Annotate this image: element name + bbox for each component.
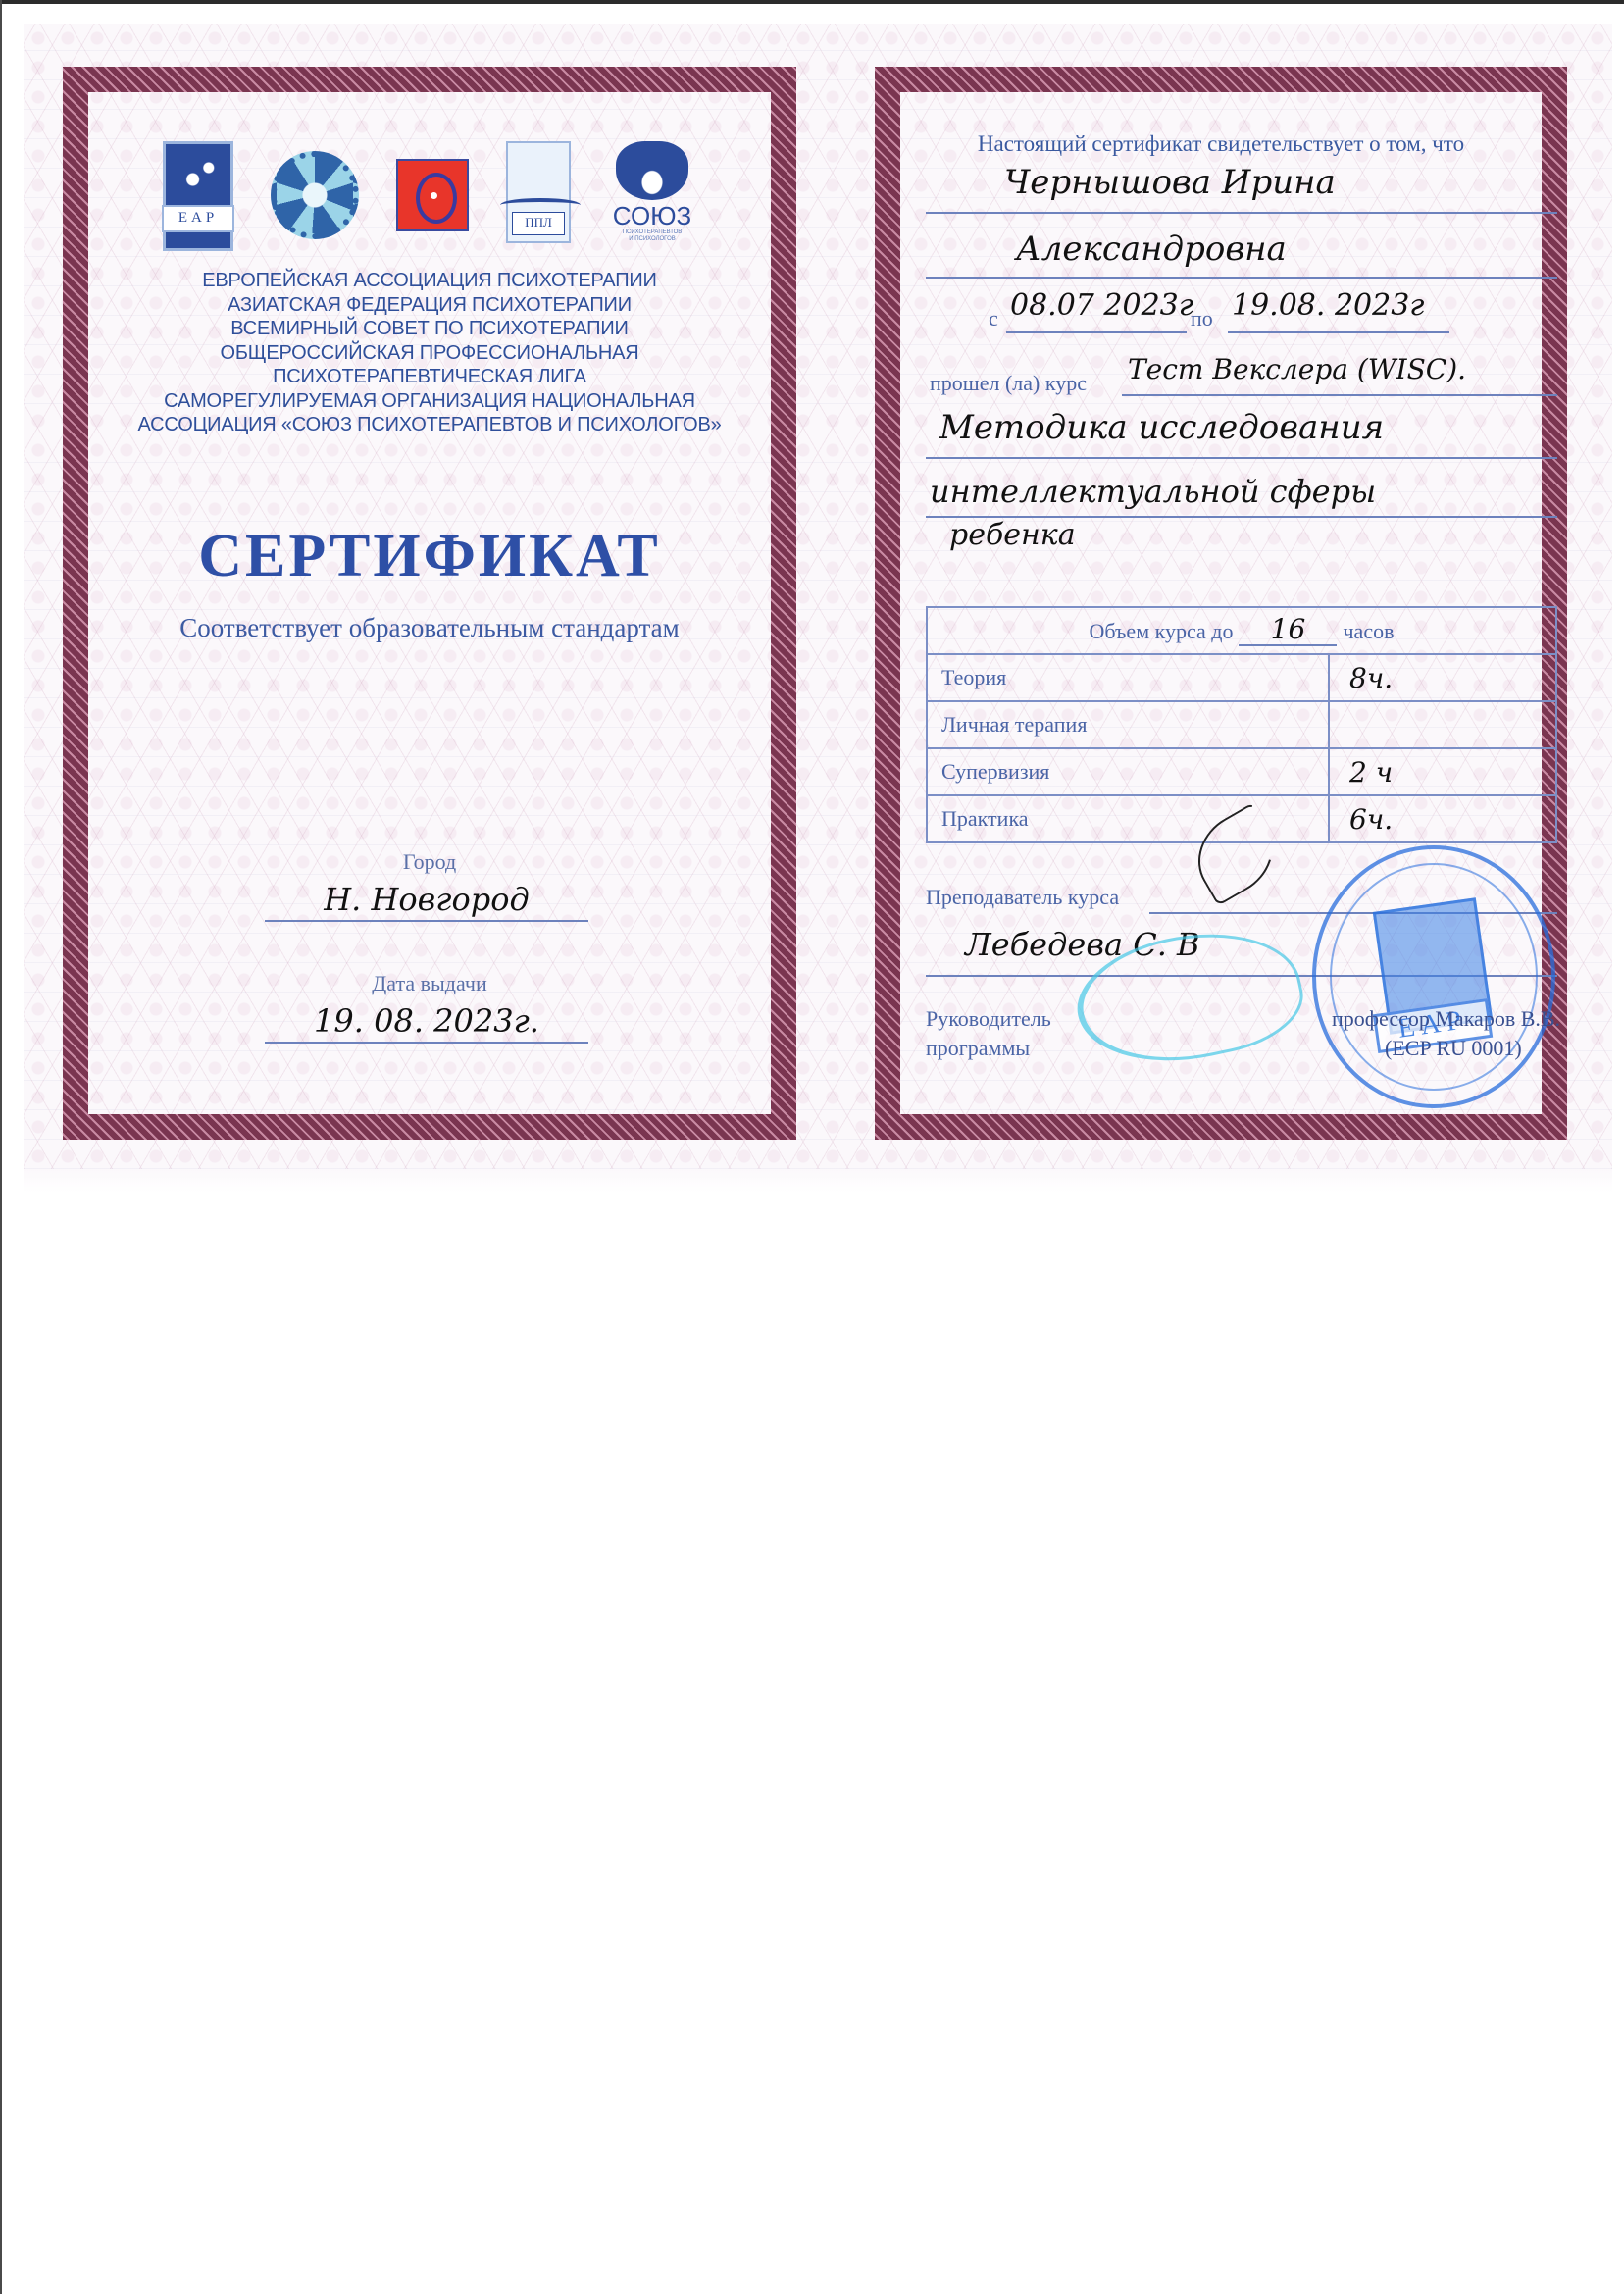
logo-row: EAP ППЛ СОЮЗ психотерапевтов и психолого… [88,141,771,251]
certificate-intro: Настоящий сертификат свидетельствует о т… [900,131,1542,157]
table-row: Теория 8ч. [927,654,1556,701]
organization-name: ОБЩЕРОССИЙСКАЯ ПРОФЕССИОНАЛЬНАЯ [88,341,771,366]
certificate-details: Настоящий сертификат свидетельствует о т… [900,92,1542,1114]
underline [926,277,1557,279]
hours-row-label: Теория [927,654,1329,701]
certificate-title: СЕРТИФИКАТ [88,522,771,591]
holder-name-line2: Александровна [1016,229,1287,269]
hours-row-value: 2 ч [1329,748,1556,795]
underline [926,212,1557,214]
stamp-seal-icon: EAP [1312,845,1555,1108]
holder-name-line1: Чернышова Ирина [1004,163,1336,202]
underline [926,457,1557,459]
hours-row-label: Супервизия [927,748,1329,795]
director-label-2: программы [926,1036,1030,1061]
underline [1228,331,1449,333]
hours-total-label: Объем курса до [1090,619,1234,643]
issue-date-value: 19. 08. 2023г. [265,1000,588,1044]
asian-federation-logo-icon [271,151,359,239]
hours-row-value: 8ч. [1329,654,1556,701]
oppl-logo-icon: ППЛ [506,141,571,243]
course-line4: ребенка [949,518,1076,552]
course-line1: Тест Векслера (WISC). [1128,353,1466,385]
oppl-logo-label: ППЛ [512,212,565,235]
organization-name: ЕВРОПЕЙСКАЯ АССОЦИАЦИЯ ПСИХОТЕРАПИИ [88,269,771,293]
organization-list: ЕВРОПЕЙСКАЯ АССОЦИАЦИЯ ПСИХОТЕРАПИИ АЗИА… [88,269,771,437]
soyuz-logo-sub2: и психологов [608,236,696,243]
soyuz-logo-icon: СОЮЗ психотерапевтов и психологов [608,141,696,249]
hours-row-value [1329,701,1556,748]
hours-row-label: Личная терапия [927,701,1329,748]
eap-logo-label: EAP [162,205,234,232]
course-line2: Методика исследования [939,408,1384,447]
to-label: по [1191,306,1213,331]
soyuz-logo-label: СОЮЗ [608,202,696,229]
hours-total-value: 16 [1239,615,1337,646]
teacher-label: Преподаватель курса [926,885,1119,910]
psi-emblem-icon [616,141,688,200]
director-code: (ECP RU 0001) [1385,1036,1522,1061]
hours-total-row: Объем курса до16часов [927,607,1556,654]
world-council-logo-icon [396,159,469,231]
soyuz-logo-sub1: психотерапевтов [608,229,696,236]
from-label: с [989,306,998,331]
table-row: Супервизия 2 ч [927,748,1556,795]
hours-row-value: 6ч. [1329,795,1556,842]
issue-date-label: Дата выдачи [88,971,771,996]
organization-name: САМОРЕГУЛИРУЕМАЯ ОРГАНИЗАЦИЯ НАЦИОНАЛЬНА… [88,389,771,414]
certificate-cover: EAP ППЛ СОЮЗ психотерапевтов и психолого… [88,92,771,1114]
organization-name: АССОЦИАЦИЯ «СОЮЗ ПСИХОТЕРАПЕВТОВ И ПСИХО… [88,413,771,437]
city-label: Город [88,849,771,875]
course-line3: интеллектуальной сферы [930,473,1376,510]
organization-name: ВСЕМИРНЫЙ СОВЕТ ПО ПСИХОТЕРАПИИ [88,317,771,341]
underline [1006,331,1187,333]
course-label: прошел (ла) курс [930,371,1087,396]
eap-logo-icon: EAP [163,141,233,251]
director-label-1: Руководитель [926,1006,1051,1032]
director-name: профессор Макаров В.В. [1332,1006,1560,1032]
city-value: Н. Новгород [265,879,588,922]
scan-edge-left [0,0,2,2294]
certificate-subtitle: Соответствует образовательным стандартам [88,613,771,643]
bird-icon [500,198,581,212]
organization-name: АЗИАТСКАЯ ФЕДЕРАЦИЯ ПСИХОТЕРАПИИ [88,293,771,318]
from-date: 08.07 2023г [1010,288,1193,323]
hours-total-suffix: часов [1343,619,1394,643]
to-date: 19.08. 2023г [1232,288,1424,323]
scan-edge-top [0,0,1624,4]
organization-name: ПСИХОТЕРАПЕВТИЧЕСКАЯ ЛИГА [88,365,771,389]
underline [1122,394,1557,396]
table-row: Личная терапия [927,701,1556,748]
